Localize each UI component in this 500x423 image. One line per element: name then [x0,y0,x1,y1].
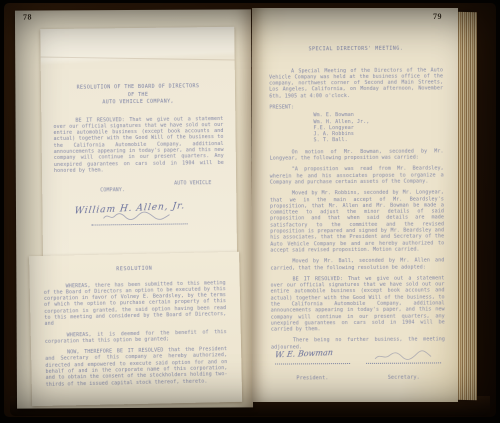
right-page: 79 SPECIAL DIRECTORS' MEETING. A Special… [252,8,458,402]
page-number-left: 78 [23,13,32,22]
attendee-list: Wm. E. Bowman Wm. H. Allen, Jr., F.E. Lo… [313,112,443,144]
paper-fold-line [41,56,235,60]
doc2-heading: RESOLUTION [29,264,239,276]
doc2-resolved-paragraph: NOW, THEREFORE BE IT RESOLVED that the P… [45,346,228,388]
president-signature-block: W. E. Bowman President. [275,357,350,384]
doc1-company-line: AUTO VEHICLE COMPANY. [54,180,224,195]
doc1-heading: RESOLUTION OF THE BOARD OF DIRECTORS OF … [51,83,225,108]
moved-ball-paragraph: Moved by Mr. Ball, seconded by Mr. Allen… [270,258,444,272]
doc1-body-paragraph: BE IT RESOLVED: That we give out a state… [53,115,224,174]
president-label: President. [296,375,328,381]
secretary-faint-signature [373,350,433,362]
resolved-paragraph: BE IT RESOLVED: That we give out a state… [270,275,444,333]
proposition-quote: "A proposition was read from Mr. Beardsl… [270,166,444,186]
secretary-label: Secretary. [388,375,420,381]
signature-row: W. E. Bowman President. Secretary. [271,356,445,383]
doc1-heading-line3: AUTO VEHICLE COMPANY, [51,98,225,108]
secretary-signature-block: Secretary. [366,356,441,383]
moved-robbins-paragraph: Moved by Mr. Robbins, seconded by Mr. Lo… [270,190,444,254]
attached-option-resolution-doc: RESOLUTION WHEREAS, there has been submi… [29,252,242,406]
minute-book-photo: 78 RESOLUTION OF THE BOARD OF DIRECTORS … [0,0,500,423]
attached-resolution-doc: RESOLUTION OF THE BOARD OF DIRECTORS OF … [40,27,237,263]
doc1-signature-line [92,217,188,225]
attendee-item: S. T. Ball. [314,137,444,144]
opening-paragraph: A Special Meeting of the Directors of th… [269,67,443,100]
faint-second-signature [101,209,171,222]
doc2-whereas-paragraph: WHEREAS, there has been submitted to thi… [44,280,227,328]
motion-paragraph: On motion of Mr. Bowman, seconded by Mr.… [270,148,444,162]
doc2-whereas2-paragraph: WHEREAS, it is deemed for the benefit of… [45,329,227,345]
closing-paragraph: There being no further business, the mee… [271,337,445,351]
minutes-content: SPECIAL DIRECTORS' MEETING. A Special Me… [251,7,460,402]
left-page: 78 RESOLUTION OF THE BOARD OF DIRECTORS … [15,9,253,408]
present-label: PRESENT: [269,103,443,111]
minutes-heading: SPECIAL DIRECTORS' MEETING. [269,45,443,54]
